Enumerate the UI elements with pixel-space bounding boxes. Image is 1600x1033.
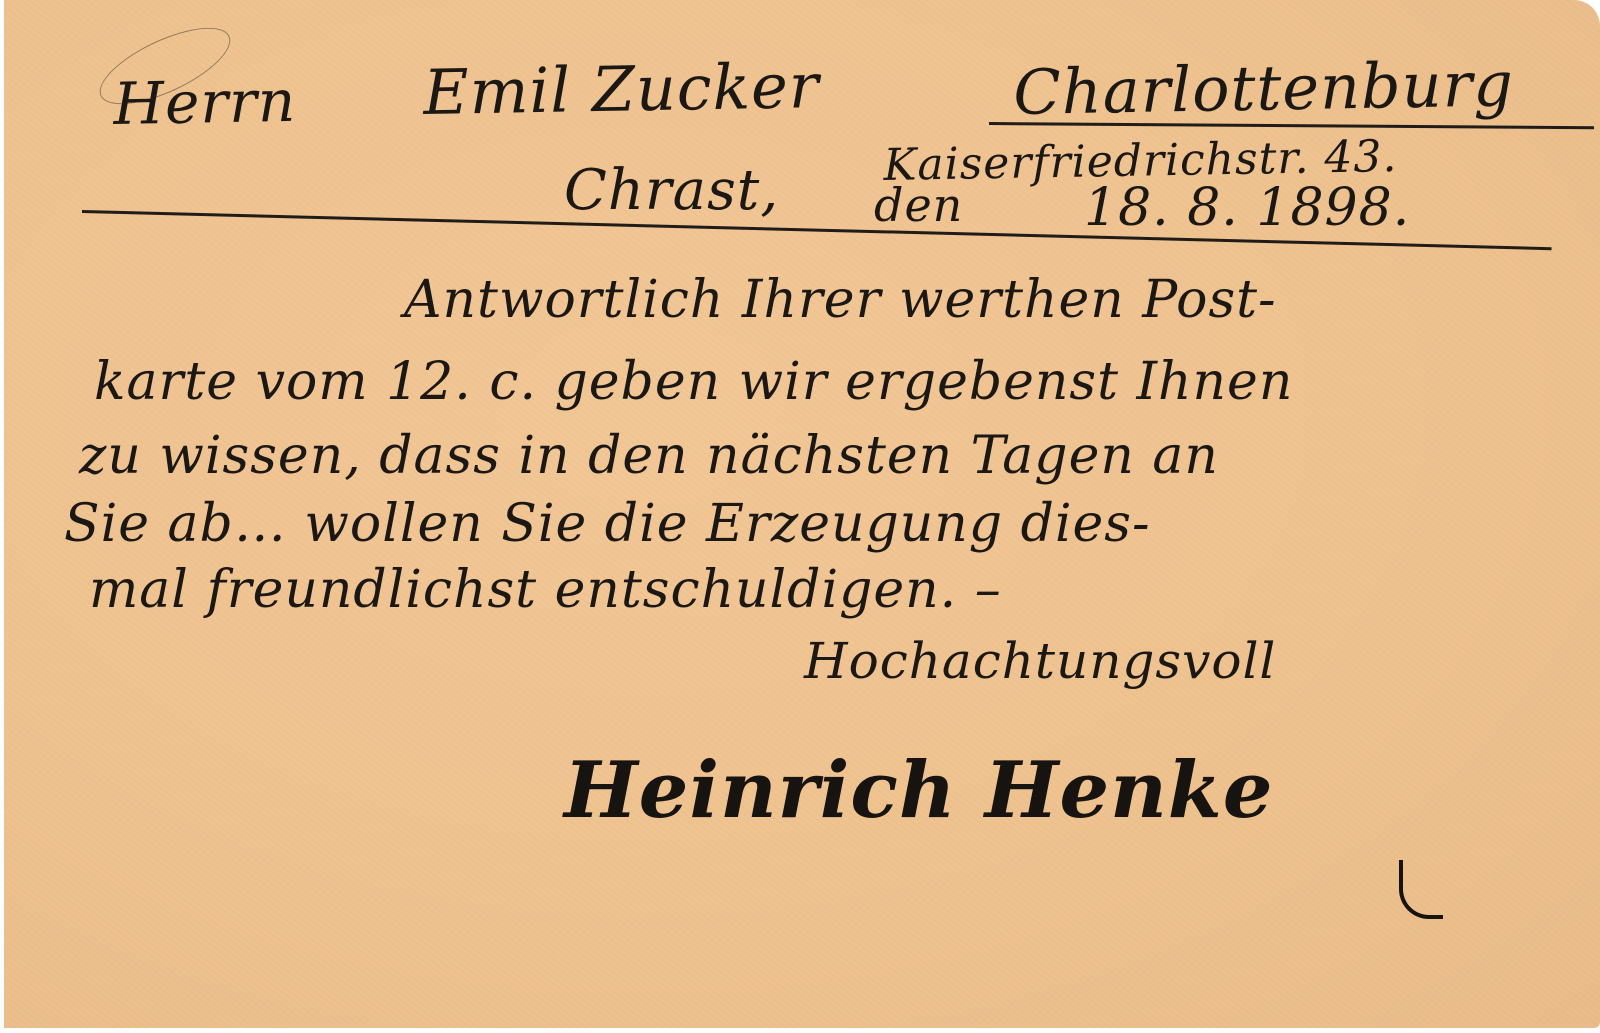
body-line-1: Antwortlich Ihrer werthen Post- [404, 270, 1277, 330]
postcard: Herrn Emil Zucker Charlottenburg Kaiserf… [4, 0, 1600, 1028]
date: 18. 8. 1898. [1084, 178, 1410, 238]
recipient-city: Charlottenburg [1013, 47, 1515, 129]
place: Chrast, [564, 158, 779, 223]
flourish-sig-tail [1399, 860, 1443, 919]
recipient-name: Emil Zucker [423, 49, 820, 129]
valediction: Hochachtungsvoll [804, 632, 1276, 690]
body-line-5: mal freundlichst entschuldigen. – [89, 560, 1002, 620]
salutation: Herrn [113, 67, 297, 138]
city-underline [989, 122, 1594, 129]
header-divider [82, 210, 1552, 250]
date-prefix: den [874, 178, 963, 232]
body-line-2: karte vom 12. c. geben wir ergebenst Ihn… [94, 352, 1293, 412]
body-line-4: Sie ab… wollen Sie die Erzeugung dies- [64, 494, 1151, 554]
recipient-street: Kaiserfriedrichstr. 43. [883, 131, 1398, 191]
signature: Heinrich Henke [564, 745, 1273, 836]
flourish-salutation [90, 12, 241, 119]
body-line-3: zu wissen, dass in den nächsten Tagen an [79, 426, 1219, 486]
